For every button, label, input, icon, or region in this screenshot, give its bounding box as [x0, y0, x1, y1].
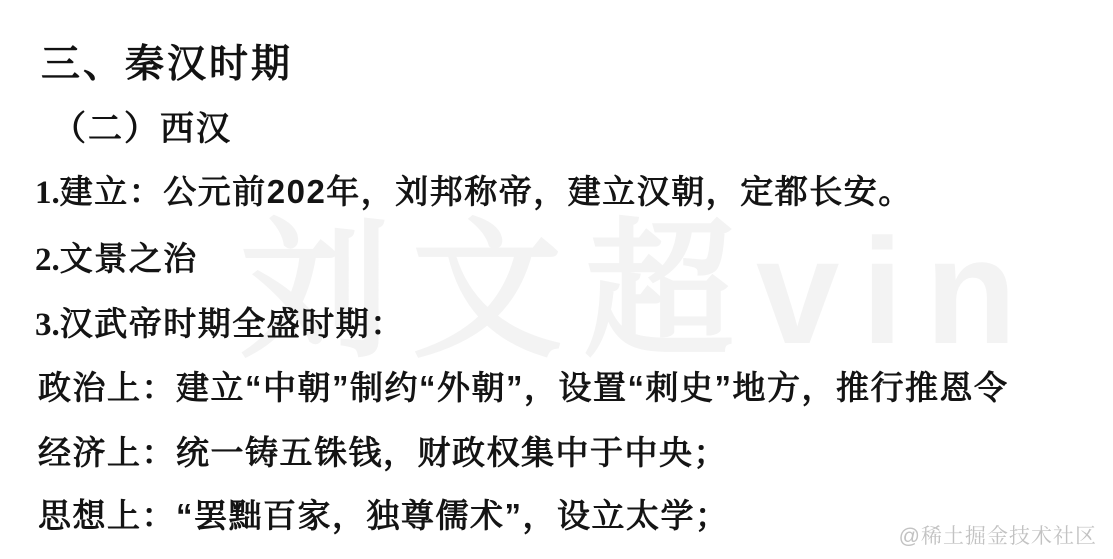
- content-line-wenjing-rule: 2.文景之治: [35, 233, 198, 280]
- line-number: 1.: [35, 175, 60, 211]
- line-text: 建立：公元前202年，刘邦称帝，建立汉朝，定都长安。: [60, 173, 913, 210]
- page-title: 三、秦汉时期: [41, 33, 293, 89]
- line-text: 文景之治: [60, 240, 198, 277]
- corner-watermark: @稀土掘金技术社区: [899, 520, 1097, 550]
- content-line-politics: 政治上：建立“中朝”制约“外朝”，设置“刺史”地方，推行推恩令: [38, 362, 1009, 409]
- line-text: 汉武帝时期全盛时期：: [60, 305, 405, 342]
- line-number: 3.: [35, 307, 60, 343]
- content-line-ideology: 思想上：“罢黜百家，独尊儒术”，设立太学；: [38, 490, 730, 537]
- line-text: 经济上：统一铸五铢钱，财政权集中于中央；: [38, 434, 728, 471]
- content-line-emperor-wu-peak: 3.汉武帝时期全盛时期：: [35, 298, 405, 345]
- section-subtitle: （二）西汉: [52, 101, 232, 150]
- content-line-economy: 经济上：统一铸五铢钱，财政权集中于中央；: [38, 427, 728, 474]
- line-text: 思想上：“罢黜百家，独尊儒术”，设立太学；: [38, 497, 730, 534]
- line-number: 2.: [35, 242, 60, 278]
- line-text: 政治上：建立“中朝”制约“外朝”，设置“刺史”地方，推行推恩令: [38, 369, 1009, 406]
- document-page: 刘文超vin 三、秦汉时期 （二）西汉 1.建立：公元前202年，刘邦称帝，建立…: [0, 0, 1113, 559]
- content-line-establishment: 1.建立：公元前202年，刘邦称帝，建立汉朝，定都长安。: [35, 166, 913, 213]
